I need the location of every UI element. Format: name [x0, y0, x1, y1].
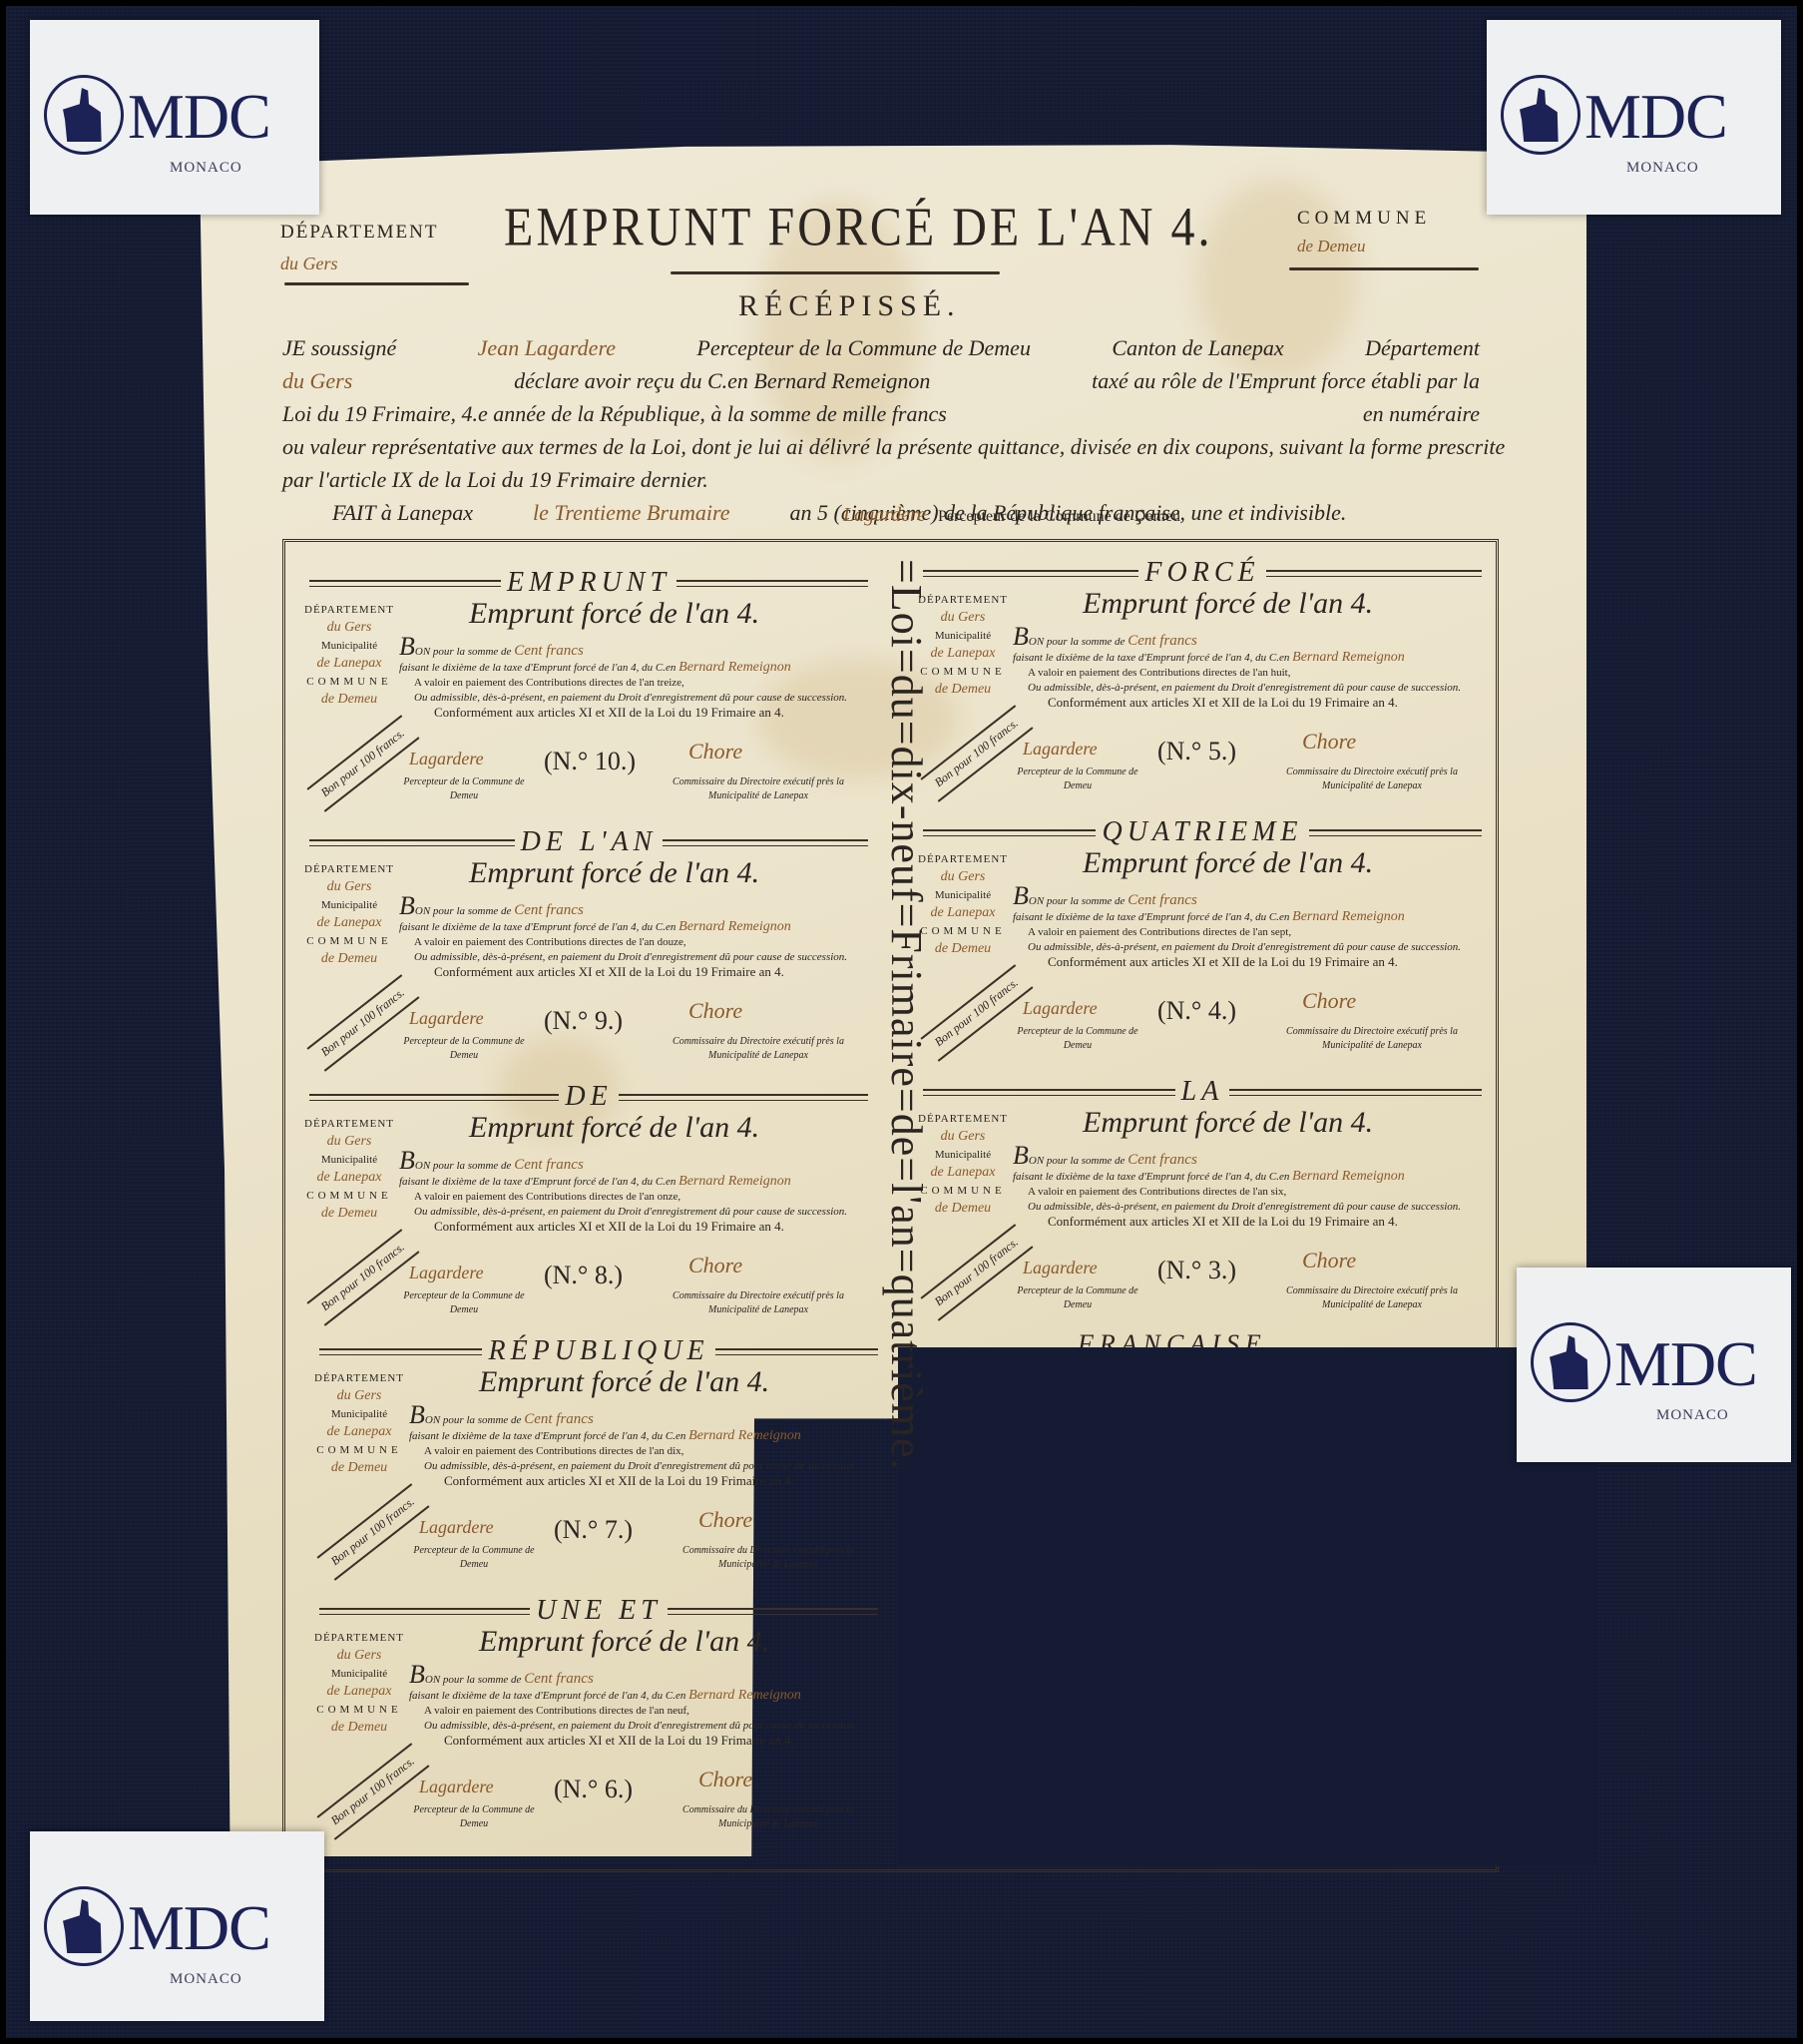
coupon: DE L'AN DÉPARTEMENT du Gers Municipalité…	[299, 828, 878, 1090]
percepteur-caption: Percepteur de la Commune de Demeu	[1013, 1284, 1142, 1312]
coupon-heading: RÉPUBLIQUE	[319, 1337, 878, 1365]
seal-icon	[1501, 75, 1580, 155]
text: de Demeu	[309, 1719, 409, 1737]
text: A valoir en paiement des Contributions d…	[399, 676, 868, 691]
text: de Demeu	[299, 950, 399, 968]
text: Département	[1365, 331, 1480, 364]
contributor: Bernard Remeignon	[1292, 1169, 1405, 1184]
text: A valoir en paiement des Contributions d…	[1013, 666, 1482, 681]
coupon-number: (N.° 9.)	[544, 1006, 623, 1036]
amount: Cent francs	[1127, 892, 1197, 908]
heading-word: UNE ET	[530, 1595, 668, 1627]
contributor: Bernard Remeignon	[1292, 909, 1405, 924]
text: B	[409, 1400, 425, 1429]
coupon-conformement: Conformément aux articles XI et XII de l…	[434, 964, 784, 980]
receipt-line: ou valeur représentative aux termes de l…	[282, 430, 1480, 463]
coupon: EMPRUNT DÉPARTEMENT du Gers Municipalité…	[299, 569, 878, 830]
receipt-line: JE soussigné Jean Lagardere Percepteur d…	[282, 331, 1480, 364]
collector-name: Jean Lagardere	[478, 331, 616, 364]
text: faisant le dixième de la taxe d'Emprunt …	[409, 1690, 685, 1702]
brand-name: MDC	[128, 80, 270, 154]
text: COMMUNE	[299, 932, 399, 950]
receipt-signature: Lagardere Percepteur de la Commune de De…	[843, 504, 1180, 527]
coupon-conformement: Conformément aux articles XI et XII de l…	[444, 1473, 794, 1489]
text: Ou admissible, dès-à-présent, en paiemen…	[1013, 940, 1482, 955]
text: de Lanepax	[299, 1169, 399, 1187]
text: ON pour la somme de	[425, 1674, 522, 1686]
text: ON pour la somme de	[415, 905, 512, 917]
coupon-heading: QUATRIEME	[923, 818, 1482, 846]
commissaire-signature: Chore	[688, 1253, 742, 1278]
text: Ou admissible, dès-à-présent, en paiemen…	[399, 950, 868, 965]
percepteur-signature: Lagardere	[409, 1008, 484, 1029]
text: de Lanepax	[299, 914, 399, 932]
percepteur-caption: Percepteur de la Commune de Demeu	[409, 1544, 539, 1572]
percepteur-signature: Lagardere	[1023, 998, 1098, 1019]
receipt-line: Loi du 19 Frimaire, 4.e année de la Répu…	[282, 397, 1480, 430]
seal-icon	[44, 1886, 124, 1966]
text: de Lanepax	[299, 655, 399, 673]
coupon-left-block: DÉPARTEMENT du Gers Municipalité de Lane…	[299, 860, 399, 968]
text: du Gers	[299, 1133, 399, 1151]
commissaire-caption: Commissaire du Directoire exécutif près …	[659, 775, 858, 803]
coupon-number: (N.° 5.)	[1157, 737, 1236, 766]
text: du Gers	[309, 1387, 409, 1405]
signature: Lagardere	[843, 504, 926, 526]
text: Ou admissible, dès-à-présent, en paiemen…	[399, 691, 868, 706]
commissaire-caption: Commissaire du Directoire exécutif près …	[669, 1544, 868, 1572]
text: de Demeu	[299, 691, 399, 709]
coupon-number: (N.° 7.)	[554, 1515, 633, 1545]
text: A valoir en paiement des Contributions d…	[399, 935, 868, 950]
amount: Cent francs	[514, 1157, 584, 1173]
seal-icon	[1531, 1322, 1610, 1402]
text: Canton de Lanepax	[1112, 331, 1283, 364]
text: JE soussigné	[282, 331, 396, 364]
text: Loi du 19 Frimaire, 4.e année de la Répu…	[282, 397, 947, 430]
text: DÉPARTEMENT	[299, 1115, 399, 1133]
heading-word: QUATRIEME	[1096, 816, 1308, 848]
coupon-title: Emprunt forcé de l'an 4.	[469, 856, 759, 890]
text: faisant le dixième de la taxe d'Emprunt …	[399, 1176, 676, 1188]
commissaire-caption: Commissaire du Directoire exécutif près …	[1272, 1025, 1472, 1053]
coupon-text: BON pour la somme de Cent francs faisant…	[399, 1153, 868, 1220]
text: COMMUNE	[299, 673, 399, 691]
commissaire-signature: Chore	[688, 739, 742, 765]
text: Municipalité	[299, 1151, 399, 1169]
heading-word: DE	[559, 1081, 618, 1113]
heading-word: DE L'AN	[515, 826, 664, 858]
text: taxé au rôle de l'Emprunt force établi p…	[1092, 364, 1480, 397]
text: ON pour la somme de	[1029, 636, 1126, 648]
brand-name: MDC	[1584, 80, 1727, 154]
text: B	[1013, 1141, 1029, 1170]
coupon-heading: DE L'AN	[309, 828, 868, 856]
commissaire-signature: Chore	[1302, 729, 1356, 755]
text: en numéraire	[1363, 397, 1480, 430]
receipt-line: du Gers déclare avoir reçu du C.en Berna…	[282, 364, 1480, 397]
text: B	[399, 632, 415, 661]
commune-value: de Demeu	[1297, 237, 1365, 256]
text: de Lanepax	[309, 1683, 409, 1701]
commissaire-signature: Chore	[698, 1767, 752, 1792]
text: du Gers	[309, 1647, 409, 1665]
coupon-title: Emprunt forcé de l'an 4.	[1083, 587, 1373, 621]
text: Municipalité	[299, 637, 399, 655]
contributor: Bernard Remeignon	[678, 1174, 791, 1189]
text: B	[409, 1660, 425, 1689]
text: Ou admissible, dès-à-présent, en paiemen…	[1013, 1200, 1482, 1215]
coupon-title: Emprunt forcé de l'an 4.	[479, 1365, 769, 1399]
percepteur-caption: Percepteur de la Commune de Demeu	[1013, 1025, 1142, 1053]
text: DÉPARTEMENT	[309, 1629, 409, 1647]
coupon-number: (N.° 3.)	[1157, 1256, 1236, 1285]
text: déclare avoir reçu du C.en Bernard Remei…	[514, 364, 930, 397]
vertical-law-text: =Loi=du=dix-neuf=Frimaire=de=l'an=quatri…	[881, 559, 932, 1471]
commissaire-caption: Commissaire du Directoire exécutif près …	[1272, 766, 1472, 793]
heading-word: RÉPUBLIQUE	[482, 1335, 714, 1367]
coupon-heading: UNE ET	[319, 1597, 878, 1625]
text: FAIT à Lanepax	[332, 496, 473, 529]
departement-label: DÉPARTEMENT	[280, 222, 438, 244]
text: Municipalité	[299, 896, 399, 914]
coupon-conformement: Conformément aux articles XI et XII de l…	[1048, 954, 1398, 970]
text: de Lanepax	[309, 1423, 409, 1441]
text: Percepteur de la Commune de Demeu	[696, 331, 1031, 364]
brand-sub: MONACO	[1656, 1407, 1729, 1424]
text: DÉPARTEMENT	[299, 860, 399, 878]
text: A valoir en paiement des Contributions d…	[409, 1704, 878, 1719]
receipt-body: JE soussigné Jean Lagardere Percepteur d…	[282, 331, 1480, 529]
text: ON pour la somme de	[1029, 1155, 1126, 1167]
coupon-number: (N.° 8.)	[544, 1261, 623, 1290]
coupon-conformement: Conformément aux articles XI et XII de l…	[434, 705, 784, 721]
page-title: EMPRUNT FORCÉ DE L'AN 4.	[504, 196, 1212, 258]
percepteur-signature: Lagardere	[419, 1777, 494, 1797]
text: de Demeu	[309, 1459, 409, 1477]
text: Ou admissible, dès-à-présent, en paiemen…	[1013, 681, 1482, 696]
text: ON pour la somme de	[1029, 895, 1126, 907]
commissaire-caption: Commissaire du Directoire exécutif près …	[669, 1803, 868, 1831]
brace-divider	[1289, 267, 1479, 270]
coupon-conformement: Conformément aux articles XI et XII de l…	[444, 1733, 794, 1749]
text: Municipalité	[309, 1405, 409, 1423]
contributor: Bernard Remeignon	[1292, 650, 1405, 665]
text: COMMUNE	[299, 1187, 399, 1205]
text: Ou admissible, dès-à-présent, en paiemen…	[409, 1459, 878, 1474]
signature-caption: Percepteur de la Commune de Demeu	[938, 508, 1180, 525]
coupon-heading: FORCÉ	[923, 559, 1482, 587]
coupon-title: Emprunt forcé de l'an 4.	[469, 1111, 759, 1145]
coupon-number: (N.° 10.)	[544, 747, 636, 776]
coupon-conformement: Conformément aux articles XI et XII de l…	[434, 1219, 784, 1235]
coupon-text: BON pour la somme de Cent francs faisant…	[1013, 629, 1482, 696]
commissaire-signature: Chore	[1302, 1248, 1356, 1274]
coupon-conformement: Conformément aux articles XI et XII de l…	[1048, 1214, 1398, 1230]
watermark-card: MDC MONACO	[1517, 1268, 1791, 1462]
text: faisant le dixième de la taxe d'Emprunt …	[1013, 652, 1289, 664]
coupon: RÉPUBLIQUE DÉPARTEMENT du Gers Municipal…	[309, 1337, 888, 1599]
text: B	[1013, 622, 1029, 651]
brand-name: MDC	[1614, 1327, 1757, 1401]
text: Ou admissible, dès-à-présent, en paiemen…	[399, 1205, 868, 1220]
brace-divider	[284, 282, 469, 285]
text: B	[399, 891, 415, 920]
text: faisant le dixième de la taxe d'Emprunt …	[1013, 911, 1289, 923]
percepteur-caption: Percepteur de la Commune de Demeu	[399, 1289, 529, 1317]
text: A valoir en paiement des Contributions d…	[1013, 1185, 1482, 1200]
brand-sub: MONACO	[170, 160, 242, 177]
percepteur-caption: Percepteur de la Commune de Demeu	[1013, 766, 1142, 793]
subtitle: RÉCÉPISSÉ.	[738, 289, 961, 323]
coupon-title: Emprunt forcé de l'an 4.	[1083, 1106, 1373, 1140]
coupon-text: BON pour la somme de Cent francs faisant…	[399, 898, 868, 965]
amount: Cent francs	[524, 1671, 594, 1687]
amount: Cent francs	[514, 643, 584, 659]
commissaire-signature: Chore	[698, 1507, 752, 1533]
coupon-heading: LA	[923, 1078, 1482, 1106]
coupon-text: BON pour la somme de Cent francs faisant…	[409, 1667, 878, 1734]
percepteur-signature: Lagardere	[409, 749, 484, 769]
percepteur-caption: Percepteur de la Commune de Demeu	[399, 1035, 529, 1063]
contributor: Bernard Remeignon	[688, 1428, 801, 1443]
coupon-conformement: Conformément aux articles XI et XII de l…	[1048, 695, 1398, 711]
text: B	[399, 1146, 415, 1175]
percepteur-signature: Lagardere	[409, 1263, 484, 1283]
brand-sub: MONACO	[170, 1971, 242, 1988]
coupon-left-block: DÉPARTEMENT du Gers Municipalité de Lane…	[309, 1369, 409, 1477]
coupon-heading: EMPRUNT	[309, 569, 868, 597]
coupon-text: BON pour la somme de Cent francs faisant…	[409, 1407, 878, 1474]
contributor: Bernard Remeignon	[678, 660, 791, 675]
text: DÉPARTEMENT	[309, 1369, 409, 1387]
amount: Cent francs	[1127, 633, 1197, 649]
commune-label: COMMUNE	[1297, 208, 1431, 230]
brand-sub: MONACO	[1626, 160, 1699, 177]
text: B	[1013, 881, 1029, 910]
coupon: FORCÉ DÉPARTEMENT du Gers Municipalité d…	[913, 559, 1492, 820]
text: faisant le dixième de la taxe d'Emprunt …	[1013, 1171, 1289, 1183]
text: COMMUNE	[309, 1441, 409, 1459]
amount: Cent francs	[524, 1411, 594, 1427]
percepteur-signature: Lagardere	[1023, 1258, 1098, 1278]
text: ON pour la somme de	[415, 646, 512, 658]
text: faisant le dixième de la taxe d'Emprunt …	[409, 1430, 685, 1442]
text: faisant le dixième de la taxe d'Emprunt …	[399, 921, 676, 933]
date-value: le Trentieme Brumaire	[533, 496, 730, 529]
coupon: UNE ET DÉPARTEMENT du Gers Municipalité …	[309, 1597, 888, 1858]
text: de Demeu	[299, 1205, 399, 1223]
percepteur-caption: Percepteur de la Commune de Demeu	[399, 775, 529, 803]
text: A valoir en paiement des Contributions d…	[409, 1444, 878, 1459]
text: du Gers	[282, 364, 352, 397]
text: par l'article IX de la Loi du 19 Frimair…	[282, 463, 708, 496]
brand-name: MDC	[128, 1891, 270, 1965]
watermark-card: MDC MONACO	[1487, 20, 1781, 215]
watermark-card: MDC MONACO	[30, 1831, 324, 2021]
commissaire-signature: Chore	[1302, 988, 1356, 1014]
text: COMMUNE	[309, 1701, 409, 1719]
coupon-text: BON pour la somme de Cent francs faisant…	[1013, 1148, 1482, 1215]
coupon-left-block: DÉPARTEMENT du Gers Municipalité de Lane…	[299, 1115, 399, 1223]
amount: Cent francs	[1127, 1152, 1197, 1168]
text: du Gers	[299, 878, 399, 896]
coupon: DE DÉPARTEMENT du Gers Municipalité de L…	[299, 1083, 878, 1344]
percepteur-signature: Lagardere	[419, 1517, 494, 1538]
heading-word: EMPRUNT	[501, 567, 676, 599]
coupon-title: Emprunt forcé de l'an 4.	[479, 1625, 769, 1659]
coupon-heading: DE	[309, 1083, 868, 1111]
text: Ou admissible, dès-à-présent, en paiemen…	[409, 1719, 878, 1734]
watermark-card: MDC MONACO	[30, 20, 319, 215]
coupons-border-cut	[898, 1347, 1596, 1866]
coupon-number: (N.° 6.)	[554, 1775, 633, 1804]
departement-value: du Gers	[280, 254, 338, 274]
coupon-title: Emprunt forcé de l'an 4.	[1083, 846, 1373, 880]
text: ON pour la somme de	[425, 1414, 522, 1426]
title-underline	[671, 271, 1000, 274]
coupon-title: Emprunt forcé de l'an 4.	[469, 597, 759, 631]
text: Municipalité	[309, 1665, 409, 1683]
contributor: Bernard Remeignon	[688, 1688, 801, 1703]
text: ou valeur représentative aux termes de l…	[282, 430, 1505, 463]
receipt-line: par l'article IX de la Loi du 19 Frimair…	[282, 463, 1480, 496]
coupon-left-block: DÉPARTEMENT du Gers Municipalité de Lane…	[299, 601, 399, 709]
coupon-text: BON pour la somme de Cent francs faisant…	[399, 639, 868, 706]
coupon: QUATRIEME DÉPARTEMENT du Gers Municipali…	[913, 818, 1492, 1080]
commissaire-signature: Chore	[688, 998, 742, 1024]
heading-word: LA	[1175, 1076, 1230, 1108]
text: A valoir en paiement des Contributions d…	[399, 1190, 868, 1205]
text: DÉPARTEMENT	[299, 601, 399, 619]
coupon-number: (N.° 4.)	[1157, 996, 1236, 1026]
coupon: LA DÉPARTEMENT du Gers Municipalité de L…	[913, 1078, 1492, 1339]
commissaire-caption: Commissaire du Directoire exécutif près …	[659, 1035, 858, 1063]
seal-icon	[44, 75, 124, 155]
partial-heading: FRANÇAISE	[1078, 1329, 1267, 1347]
text: faisant le dixième de la taxe d'Emprunt …	[399, 662, 676, 674]
coupon-left-block: DÉPARTEMENT du Gers Municipalité de Lane…	[309, 1629, 409, 1737]
commissaire-caption: Commissaire du Directoire exécutif près …	[659, 1289, 858, 1317]
percepteur-signature: Lagardere	[1023, 739, 1098, 760]
text: ON pour la somme de	[415, 1160, 512, 1172]
heading-word: FORCÉ	[1138, 557, 1265, 589]
coupon-text: BON pour la somme de Cent francs faisant…	[1013, 888, 1482, 955]
percepteur-caption: Percepteur de la Commune de Demeu	[409, 1803, 539, 1831]
contributor: Bernard Remeignon	[678, 919, 791, 934]
amount: Cent francs	[514, 902, 584, 918]
text: A valoir en paiement des Contributions d…	[1013, 925, 1482, 940]
text: du Gers	[299, 619, 399, 637]
commissaire-caption: Commissaire du Directoire exécutif près …	[1272, 1284, 1472, 1312]
